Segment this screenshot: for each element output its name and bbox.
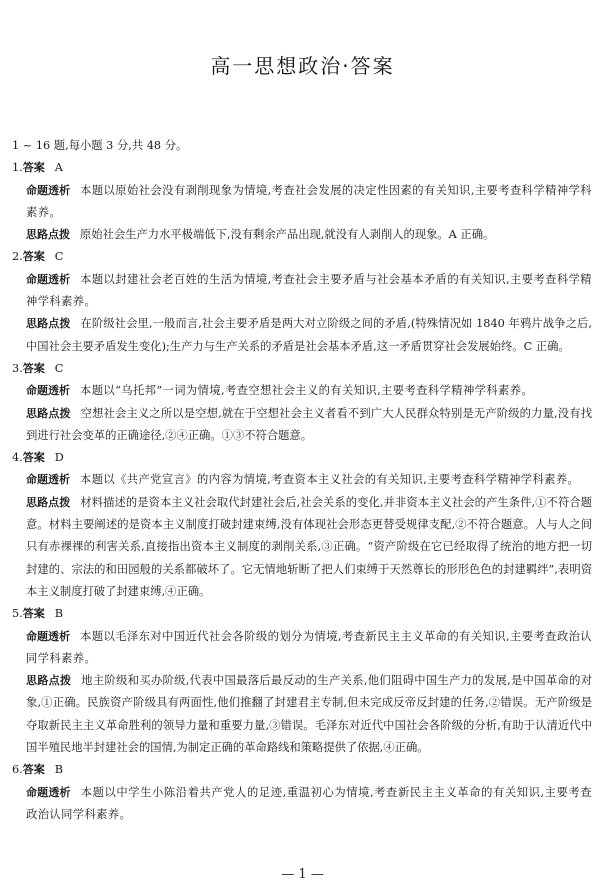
question-number: 2. xyxy=(12,250,23,263)
question-4: 4.答案D 命题透析本题以《共产党宣言》的内容为情境,考查资本主义社会的有关知识… xyxy=(12,447,592,603)
hint-label: 思路点拨 xyxy=(26,674,71,687)
question-6: 6.答案B 命题透析本题以中学生小陈沿着共产党人的足迹,重温初心为情境,考查新民… xyxy=(12,759,592,826)
hint-text: 材料描述的是资本主义社会取代封建社会后,社会关系的变化,并非资本主义社会的产生条… xyxy=(26,496,592,598)
page-title: 高一思想政治·答案 xyxy=(0,50,605,79)
hint-label: 思路点拨 xyxy=(26,228,70,241)
hint-paragraph: 思路点拨材料描述的是资本主义社会取代封建社会后,社会关系的变化,并非资本主义社会… xyxy=(12,492,592,603)
hint-paragraph: 思路点拨在阶级社会里,一般而言,社会主要矛盾是两大对立阶级之间的矛盾,(特殊情况… xyxy=(12,313,592,358)
analysis-label: 命题透析 xyxy=(26,273,70,286)
hint-label: 思路点拨 xyxy=(26,317,70,330)
analysis-text: 本题以原始社会没有剥削现象为情境,考查社会发展的决定性因素的有关知识,主要考查科… xyxy=(26,184,592,219)
hint-text: 地主阶级和买办阶级,代表中国最落后最反动的生产关系,他们阻碍中国生产力的发展,是… xyxy=(26,674,592,754)
hint-paragraph: 思路点拨地主阶级和买办阶级,代表中国最落后最反动的生产关系,他们阻碍中国生产力的… xyxy=(12,670,592,759)
question-2: 2.答案C 命题透析本题以封建社会老百姓的生活为情境,考查社会主要矛盾与社会基本… xyxy=(12,246,592,357)
question-number: 1. xyxy=(12,161,23,174)
analysis-paragraph: 命题透析本题以中学生小陈沿着共产党人的足迹,重温初心为情境,考查新民主主义革命的… xyxy=(12,782,592,827)
analysis-text: 本题以毛泽东对中国近代社会各阶级的划分为情境,考查新民主主义革命的有关知识,主要… xyxy=(26,630,592,665)
answer-label: 答案 xyxy=(23,607,45,620)
analysis-text: 本题以《共产党宣言》的内容为情境,考查资本主义社会的有关知识,主要考查科学精神学… xyxy=(80,473,579,486)
question-number: 6. xyxy=(12,763,23,776)
analysis-paragraph: 命题透析本题以毛泽东对中国近代社会各阶级的划分为情境,考查新民主主义革命的有关知… xyxy=(12,626,592,671)
answer-choice: B xyxy=(55,763,63,776)
analysis-text: 本题以封建社会老百姓的生活为情境,考查社会主要矛盾与社会基本矛盾的有关知识,主要… xyxy=(26,273,592,308)
hint-text: 原始社会生产力水平极端低下,没有剩余产品出现,就没有人剥削人的现象。A 正确。 xyxy=(80,228,494,241)
answer-label: 答案 xyxy=(23,250,45,263)
hint-text: 空想社会主义之所以是空想,就在于空想社会主义者看不到广大人民群众特别是无产阶级的… xyxy=(26,407,592,442)
analysis-paragraph: 命题透析本题以《共产党宣言》的内容为情境,考查资本主义社会的有关知识,主要考查科… xyxy=(12,469,592,491)
question-3: 3.答案C 命题透析本题以“乌托邦”一词为情境,考查空想社会主义的有关知识,主要… xyxy=(12,358,592,447)
analysis-paragraph: 命题透析本题以原始社会没有剥削现象为情境,考查社会发展的决定性因素的有关知识,主… xyxy=(12,180,592,225)
answer-label: 答案 xyxy=(23,451,45,464)
answer-choice: D xyxy=(55,451,64,464)
answer-key-body: 1 ~ 16 题,每小题 3 分,共 48 分。 1.答案A 命题透析本题以原始… xyxy=(12,135,592,826)
question-answer-line: 6.答案B xyxy=(12,759,592,781)
answer-label: 答案 xyxy=(23,763,45,776)
analysis-label: 命题透析 xyxy=(26,630,70,643)
answer-choice: B xyxy=(55,607,63,620)
analysis-paragraph: 命题透析本题以封建社会老百姓的生活为情境,考查社会主要矛盾与社会基本矛盾的有关知… xyxy=(12,269,592,314)
analysis-text: 本题以“乌托邦”一词为情境,考查空想社会主义的有关知识,主要考查科学精神学科素养… xyxy=(80,384,533,397)
answer-choice: C xyxy=(55,362,64,375)
hint-paragraph: 思路点拨原始社会生产力水平极端低下,没有剩余产品出现,就没有人剥削人的现象。A … xyxy=(12,224,592,246)
question-number: 4. xyxy=(12,451,23,464)
question-number: 3. xyxy=(12,362,23,375)
hint-label: 思路点拨 xyxy=(26,496,70,509)
answer-choice: A xyxy=(55,161,63,174)
hint-text: 在阶级社会里,一般而言,社会主要矛盾是两大对立阶级之间的矛盾,(特殊情况如 18… xyxy=(26,317,592,352)
analysis-paragraph: 命题透析本题以“乌托邦”一词为情境,考查空想社会主义的有关知识,主要考查科学精神… xyxy=(12,380,592,402)
analysis-label: 命题透析 xyxy=(26,384,70,397)
question-answer-line: 3.答案C xyxy=(12,358,592,380)
question-5: 5.答案B 命题透析本题以毛泽东对中国近代社会各阶级的划分为情境,考查新民主主义… xyxy=(12,603,592,759)
analysis-label: 命题透析 xyxy=(26,786,71,799)
answer-choice: C xyxy=(55,250,64,263)
hint-label: 思路点拨 xyxy=(26,407,71,420)
question-number: 5. xyxy=(12,607,23,620)
hint-paragraph: 思路点拨空想社会主义之所以是空想,就在于空想社会主义者看不到广大人民群众特别是无… xyxy=(12,403,592,448)
question-answer-line: 2.答案C xyxy=(12,246,592,268)
analysis-text: 本题以中学生小陈沿着共产党人的足迹,重温初心为情境,考查新民主主义革命的有关知识… xyxy=(26,786,592,821)
answer-label: 答案 xyxy=(23,362,45,375)
question-answer-line: 4.答案D xyxy=(12,447,592,469)
analysis-label: 命题透析 xyxy=(26,473,70,486)
analysis-label: 命题透析 xyxy=(26,184,70,197)
section-intro: 1 ~ 16 题,每小题 3 分,共 48 分。 xyxy=(12,135,592,157)
question-answer-line: 1.答案A xyxy=(12,157,592,179)
page-number: — 1 — xyxy=(0,867,605,882)
question-answer-line: 5.答案B xyxy=(12,603,592,625)
question-1: 1.答案A 命题透析本题以原始社会没有剥削现象为情境,考查社会发展的决定性因素的… xyxy=(12,157,592,246)
answer-label: 答案 xyxy=(23,161,45,174)
